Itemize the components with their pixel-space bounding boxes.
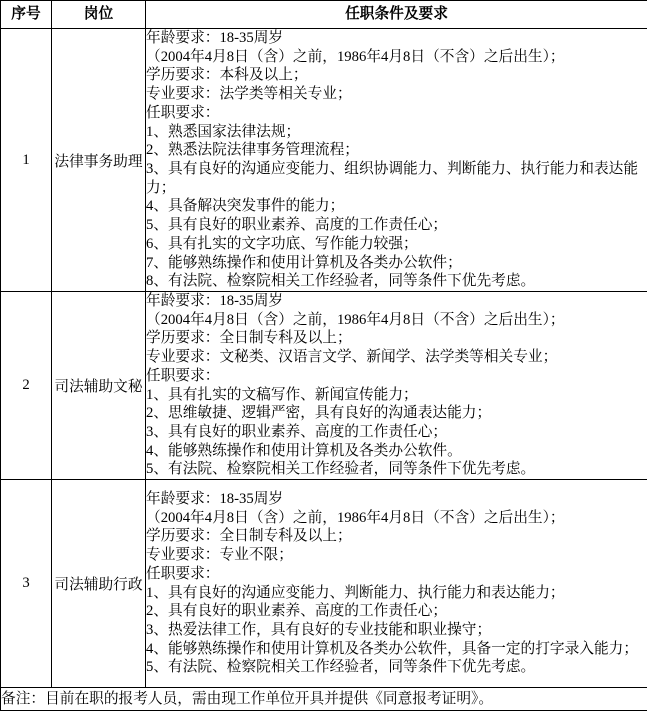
requirement-line: 年龄要求：18-35周岁 bbox=[146, 29, 647, 48]
requirement-line: 2、熟悉法院法律事务管理流程； bbox=[146, 141, 647, 160]
remark-row: 备注：目前在职的报考人员，需由现工作单位开具并提供《同意报考证明》。 bbox=[1, 688, 647, 711]
requirement-line: 任职要求： bbox=[146, 565, 647, 584]
requirement-line: 学历要求：本科及以上； bbox=[146, 66, 647, 85]
requirement-line: 7、能够熟练操作和使用计算机及各类办公软件； bbox=[146, 254, 647, 273]
requirement-line: 任职要求： bbox=[146, 104, 647, 123]
requirement-line: 任职要求： bbox=[146, 367, 647, 386]
requirement-line: 专业要求：文秘类、汉语言文学、新闻学、法学类等相关专业； bbox=[146, 348, 647, 367]
seq-no-cell: 3 bbox=[1, 480, 52, 688]
requirements-cell: 年龄要求：18-35周岁（2004年4月8日（含）之前，1986年4月8日（不含… bbox=[146, 292, 647, 480]
requirement-line: 6、具有扎实的文字功底、写作能力较强； bbox=[146, 235, 647, 254]
requirement-line: （2004年4月8日（含）之前，1986年4月8日（不含）之后出生）； bbox=[146, 48, 647, 67]
requirement-line: 4、能够熟练操作和使用计算机及各类办公软件。 bbox=[146, 442, 647, 461]
requirement-line: 2、具有良好的职业素养、高度的工作责任心； bbox=[146, 602, 647, 621]
seq-no-cell: 2 bbox=[1, 292, 52, 480]
table-row: 3 司法辅助行政 年龄要求：18-35周岁（2004年4月8日（含）之前，198… bbox=[1, 480, 647, 688]
requirement-line: 1、具有扎实的文稿写作、新闻宣传能力； bbox=[146, 386, 647, 405]
remark-text: 备注：目前在职的报考人员，需由现工作单位开具并提供《同意报考证明》。 bbox=[1, 688, 647, 711]
requirement-line: 3、具有良好的沟通应变能力、组织协调能力、判断能力、执行能力和表达能力； bbox=[146, 160, 647, 197]
position-cell: 法律事务助理 bbox=[52, 29, 146, 292]
seq-no-cell: 1 bbox=[1, 29, 52, 292]
requirement-line: 3、具有良好的职业素养、高度的工作责任心； bbox=[146, 423, 647, 442]
requirement-line: 2、思维敏捷、逻辑严密，具有良好的沟通表达能力； bbox=[146, 404, 647, 423]
positions-table: 序号 岗位 任职条件及要求 1 法律事务助理 年龄要求：18-35周岁（2004… bbox=[0, 0, 647, 711]
requirement-line: 年龄要求：18-35周岁 bbox=[146, 490, 647, 509]
requirement-line: 年龄要求：18-35周岁 bbox=[146, 292, 647, 311]
requirement-line: 4、具备解决突发事件的能力； bbox=[146, 197, 647, 216]
table-row: 2 司法辅助文秘 年龄要求：18-35周岁（2004年4月8日（含）之前，198… bbox=[1, 292, 647, 480]
header-position: 岗位 bbox=[52, 1, 146, 29]
requirement-line: 学历要求：全日制专科及以上； bbox=[146, 329, 647, 348]
position-cell: 司法辅助文秘 bbox=[52, 292, 146, 480]
header-seq-no: 序号 bbox=[1, 1, 52, 29]
requirement-line: 1、熟悉国家法律法规； bbox=[146, 123, 647, 142]
requirement-line: 学历要求：全日制专科及以上； bbox=[146, 527, 647, 546]
position-cell: 司法辅助行政 bbox=[52, 480, 146, 688]
requirement-line: 1、具有良好的沟通应变能力、判断能力、执行能力和表达能力； bbox=[146, 584, 647, 603]
requirement-line: （2004年4月8日（含）之前，1986年4月8日（不含）之后出生）； bbox=[146, 311, 647, 330]
requirement-line: 4、能够熟练操作和使用计算机及各类办公软件，具备一定的打字录入能力； bbox=[146, 640, 647, 659]
requirement-line: 专业要求：专业不限； bbox=[146, 546, 647, 565]
header-requirements: 任职条件及要求 bbox=[146, 1, 647, 29]
header-row: 序号 岗位 任职条件及要求 bbox=[1, 1, 647, 29]
requirement-line: 5、有法院、检察院相关工作经验者，同等条件下优先考虑。 bbox=[146, 658, 647, 677]
requirements-cell: 年龄要求：18-35周岁（2004年4月8日（含）之前，1986年4月8日（不含… bbox=[146, 29, 647, 292]
requirement-line: 5、具有良好的职业素养、高度的工作责任心； bbox=[146, 216, 647, 235]
requirement-line: （2004年4月8日（含）之前，1986年4月8日（不含）之后出生）； bbox=[146, 509, 647, 528]
table-row: 1 法律事务助理 年龄要求：18-35周岁（2004年4月8日（含）之前，198… bbox=[1, 29, 647, 292]
requirements-cell: 年龄要求：18-35周岁（2004年4月8日（含）之前，1986年4月8日（不含… bbox=[146, 480, 647, 688]
requirement-line: 3、热爱法律工作，具有良好的专业技能和职业操守； bbox=[146, 621, 647, 640]
requirement-line: 5、有法院、检察院相关工作经验者，同等条件下优先考虑。 bbox=[146, 460, 647, 479]
requirement-line: 专业要求：法学类等相关专业； bbox=[146, 85, 647, 104]
requirement-line: 8、有法院、检察院相关工作经验者，同等条件下优先考虑。 bbox=[146, 272, 647, 291]
